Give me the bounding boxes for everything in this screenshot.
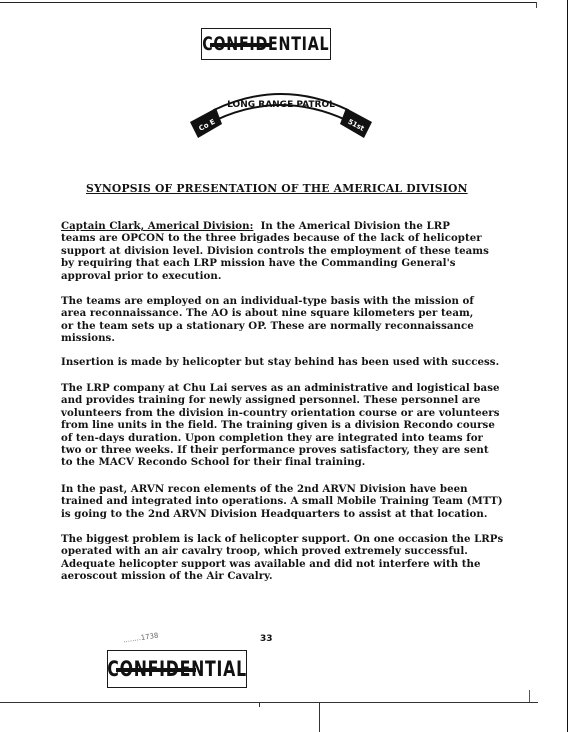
paragraph-line: Captain Clark, Americal Division: In the…	[61, 220, 521, 232]
paragraph-line: to the MACV Recondo School for their fin…	[61, 456, 521, 468]
paragraph-line: approval prior to execution.	[61, 270, 521, 282]
paragraph-line: missions.	[61, 332, 521, 344]
paragraph-line: trained and integrated into operations. …	[61, 495, 521, 507]
page-border-corner	[529, 690, 530, 702]
speaker-label: Captain Clark, Americal Division:	[61, 220, 253, 232]
paragraph-2: The teams are employed on an individual-…	[61, 295, 521, 345]
classification-stamp-top: CONFIDENTIAL	[201, 28, 331, 60]
paragraph-line: The biggest problem is lack of helicopte…	[61, 533, 521, 545]
page-border-tick	[259, 702, 260, 707]
paragraph-line: volunteers from the division in-country …	[61, 407, 521, 419]
paragraph-line: or the team sets up a stationary OP. The…	[61, 320, 521, 332]
paragraph-line: of ten-days duration. Upon completion th…	[61, 432, 521, 444]
classification-stamp-bottom: CONFIDENTIAL	[107, 650, 247, 688]
insignia-center-text: LONG RANGE PATROL	[227, 100, 335, 110]
page-border-top	[0, 2, 537, 3]
paragraph-line: and provides training for newly assigned…	[61, 394, 521, 406]
paragraph-5: In the past, ARVN recon elements of the …	[61, 483, 521, 520]
paragraph-line: In the past, ARVN recon elements of the …	[61, 483, 521, 495]
paragraph-line: from line units in the field. The traini…	[61, 419, 521, 431]
page-border-bottom	[0, 702, 538, 703]
paragraph-line: aeroscout mission of the Air Cavalry.	[61, 570, 521, 582]
long-range-patrol-scroll-insignia: LONG RANGE PATROL Co E 51st	[186, 80, 376, 145]
page-border-vertical	[319, 702, 320, 732]
paragraph-line: support at division level. Division cont…	[61, 245, 521, 257]
paragraph-line: teams are OPCON to the three brigades be…	[61, 232, 521, 244]
paragraph-line: Insertion is made by helicopter but stay…	[61, 356, 521, 368]
paragraph-line: Adequate helicopter support was availabl…	[61, 558, 521, 570]
page-border-corner	[536, 2, 537, 8]
paragraph-line: operated with an air cavalry troop, whic…	[61, 545, 521, 557]
paragraph-line: by requiring that each LRP mission have …	[61, 257, 521, 269]
paragraph-line: area reconnaissance. The AO is about nin…	[61, 307, 521, 319]
paragraph-line: The teams are employed on an individual-…	[61, 295, 521, 307]
paragraph-line: The LRP company at Chu Lai serves as an …	[61, 382, 521, 394]
document-title: SYNOPSIS OF PRESENTATION OF THE AMERICAL…	[86, 182, 498, 195]
paragraph-3: Insertion is made by helicopter but stay…	[61, 356, 521, 368]
paragraph-line: two or three weeks. If their performance…	[61, 444, 521, 456]
paragraph-1: Captain Clark, Americal Division: In the…	[61, 220, 521, 282]
stamp-annotation: ........1738	[123, 632, 159, 645]
page-number: 33	[260, 634, 273, 644]
paragraph-4: The LRP company at Chu Lai serves as an …	[61, 382, 521, 469]
paragraph-line: is going to the 2nd ARVN Division Headqu…	[61, 508, 521, 520]
paragraph-6: The biggest problem is lack of helicopte…	[61, 533, 521, 583]
